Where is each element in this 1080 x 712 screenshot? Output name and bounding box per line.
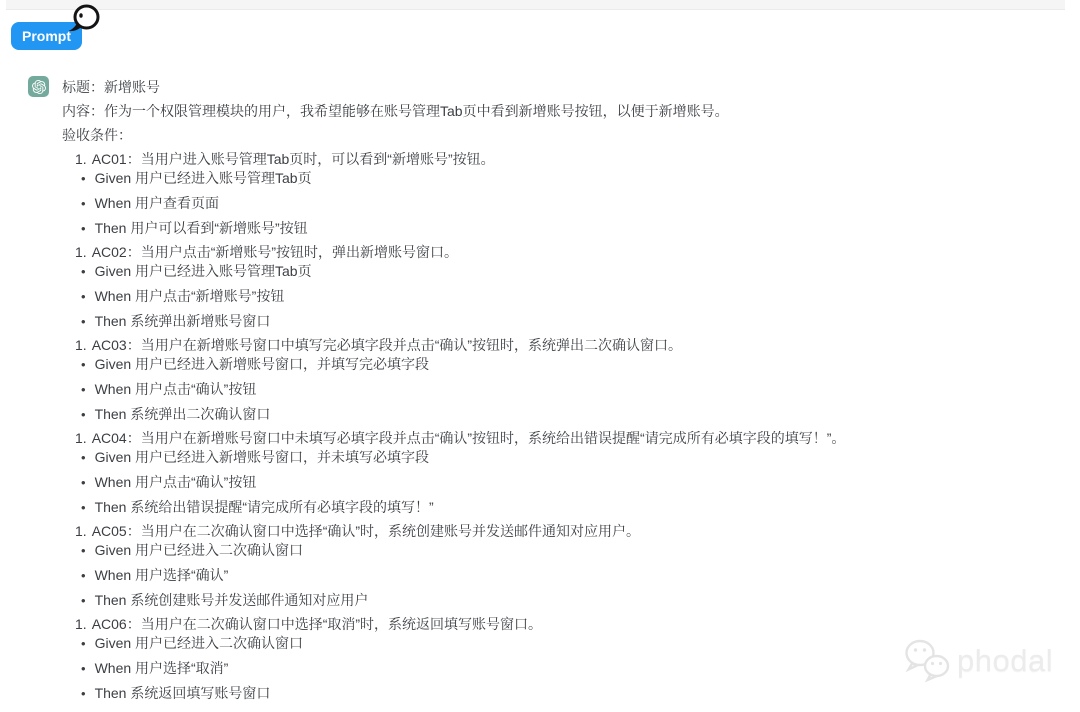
ac-number: 1. xyxy=(75,616,87,632)
gwt-bullet: •Given 用户已经进入账号管理Tab页 xyxy=(62,262,1052,281)
gwt-bullet: •Then 系统弹出二次确认窗口 xyxy=(62,405,1052,424)
bullet-text: When 用户点击“确认”按钮 xyxy=(95,474,257,490)
gwt-bullet: •Then 系统给出错误提醒“请完成所有必填字段的填写！” xyxy=(62,498,1052,517)
bullet-text: Given 用户已经进入新增账号窗口，并未填写必填字段 xyxy=(95,449,429,465)
ac-number: 1. xyxy=(75,244,87,260)
ac-title: 1.AC05：当用户在二次确认窗口中选择“确认”时，系统创建账号并发送邮件通知对… xyxy=(62,522,1052,541)
bullet-dot-icon: • xyxy=(81,196,86,211)
bullet-text: Given 用户已经进入账号管理Tab页 xyxy=(95,170,312,186)
gwt-bullet: •Then 系统弹出新增账号窗口 xyxy=(62,312,1052,331)
bullet-dot-icon: • xyxy=(81,407,86,422)
gwt-bullet: •When 用户点击“新增账号”按钮 xyxy=(62,287,1052,306)
ac-block: 1.AC02：当用户点击“新增账号”按钮时，弹出新增账号窗口。•Given 用户… xyxy=(62,243,1052,331)
ac-block: 1.AC04：当用户在新增账号窗口中未填写必填字段并点击“确认”按钮时，系统给出… xyxy=(62,429,1052,517)
ac-number: 1. xyxy=(75,151,87,167)
bullet-dot-icon: • xyxy=(81,171,86,186)
gwt-bullet: •When 用户点击“确认”按钮 xyxy=(62,380,1052,399)
gwt-bullet: •Then 系统返回填写账号窗口 xyxy=(62,684,1052,703)
gwt-bullet: •Given 用户已经进入二次确认窗口 xyxy=(62,541,1052,560)
gwt-bullet: •Then 系统创建账号并发送邮件通知对应用户 xyxy=(62,591,1052,610)
ac-number: 1. xyxy=(75,337,87,353)
bullet-dot-icon: • xyxy=(81,475,86,490)
bullet-dot-icon: • xyxy=(81,500,86,515)
gwt-bullet: •When 用户查看页面 xyxy=(62,194,1052,213)
paragraph: 内容：作为一个权限管理模块的用户，我希望能够在账号管理Tab页中看到新增账号按钮… xyxy=(62,102,1052,121)
bullet-text: Given 用户已经进入二次确认窗口 xyxy=(95,542,303,558)
bullet-dot-icon: • xyxy=(81,661,86,676)
bullet-dot-icon: • xyxy=(81,568,86,583)
watermark: phodal xyxy=(901,637,1053,685)
bullet-dot-icon: • xyxy=(81,593,86,608)
bullet-text: When 用户查看页面 xyxy=(95,195,219,211)
bullet-text: Then 系统给出错误提醒“请完成所有必填字段的填写！” xyxy=(95,499,434,515)
speech-bubble-icon xyxy=(65,2,102,37)
bullet-text: Then 用户可以看到“新增账号”按钮 xyxy=(95,220,308,236)
ac-title-text: AC04：当用户在新增账号窗口中未填写必填字段并点击“确认”按钮时，系统给出错误… xyxy=(92,430,846,446)
chatgpt-avatar xyxy=(28,76,49,97)
bullet-dot-icon: • xyxy=(81,314,86,329)
bullet-text: Then 系统返回填写账号窗口 xyxy=(95,685,271,701)
bullet-dot-icon: • xyxy=(81,450,86,465)
bullet-text: When 用户选择“确认” xyxy=(95,567,229,583)
gwt-bullet: •Given 用户已经进入新增账号窗口，并填写完必填字段 xyxy=(62,355,1052,374)
ac-title-text: AC06：当用户在二次确认窗口中选择“取消”时，系统返回填写账号窗口。 xyxy=(92,616,542,632)
ac-number: 1. xyxy=(75,523,87,539)
bullet-dot-icon: • xyxy=(81,382,86,397)
bullet-dot-icon: • xyxy=(81,264,86,279)
bullet-dot-icon: • xyxy=(81,357,86,372)
assistant-message: 标题：新增账号内容：作为一个权限管理模块的用户，我希望能够在账号管理Tab页中看… xyxy=(28,76,1052,703)
bullet-text: When 用户点击“确认”按钮 xyxy=(95,381,257,397)
ac-title: 1.AC01：当用户进入账号管理Tab页时，可以看到“新增账号”按钮。 xyxy=(62,150,1052,169)
bullet-dot-icon: • xyxy=(81,636,86,651)
ac-title: 1.AC04：当用户在新增账号窗口中未填写必填字段并点击“确认”按钮时，系统给出… xyxy=(62,429,1052,448)
bullet-dot-icon: • xyxy=(81,289,86,304)
ac-title: 1.AC02：当用户点击“新增账号”按钮时，弹出新增账号窗口。 xyxy=(62,243,1052,262)
wechat-logo-icon xyxy=(901,637,953,685)
bullet-text: Given 用户已经进入二次确认窗口 xyxy=(95,635,303,651)
ac-title-text: AC03：当用户在新增账号窗口中填写完必填字段并点击“确认”按钮时，系统弹出二次… xyxy=(92,337,682,353)
ac-title-text: AC01：当用户进入账号管理Tab页时，可以看到“新增账号”按钮。 xyxy=(92,151,495,167)
paragraph: 验收条件： xyxy=(62,126,1052,145)
ac-block: 1.AC05：当用户在二次确认窗口中选择“确认”时，系统创建账号并发送邮件通知对… xyxy=(62,522,1052,610)
gwt-bullet: •When 用户选择“确认” xyxy=(62,566,1052,585)
ac-title: 1.AC06：当用户在二次确认窗口中选择“取消”时，系统返回填写账号窗口。 xyxy=(62,615,1052,634)
bullet-text: Given 用户已经进入新增账号窗口，并填写完必填字段 xyxy=(95,356,429,372)
gwt-bullet: •Then 用户可以看到“新增账号”按钮 xyxy=(62,219,1052,238)
top-bar xyxy=(6,0,1065,10)
watermark-text: phodal xyxy=(957,643,1053,679)
chatgpt-logo-icon xyxy=(32,80,46,94)
paragraph: 标题：新增账号 xyxy=(62,78,1052,97)
ac-title: 1.AC03：当用户在新增账号窗口中填写完必填字段并点击“确认”按钮时，系统弹出… xyxy=(62,336,1052,355)
bullet-text: When 用户点击“新增账号”按钮 xyxy=(95,288,285,304)
bullet-text: Given 用户已经进入账号管理Tab页 xyxy=(95,263,312,279)
bullet-dot-icon: • xyxy=(81,221,86,236)
ac-title-text: AC05：当用户在二次确认窗口中选择“确认”时，系统创建账号并发送邮件通知对应用… xyxy=(92,523,640,539)
bullet-text: When 用户选择“取消” xyxy=(95,660,229,676)
bullet-text: Then 系统弹出新增账号窗口 xyxy=(95,313,271,329)
gwt-bullet: •When 用户点击“确认”按钮 xyxy=(62,473,1052,492)
ac-number: 1. xyxy=(75,430,87,446)
bullet-dot-icon: • xyxy=(81,543,86,558)
bullet-text: Then 系统弹出二次确认窗口 xyxy=(95,406,271,422)
gwt-bullet: •Given 用户已经进入新增账号窗口，并未填写必填字段 xyxy=(62,448,1052,467)
ac-block: 1.AC03：当用户在新增账号窗口中填写完必填字段并点击“确认”按钮时，系统弹出… xyxy=(62,336,1052,424)
ac-block: 1.AC01：当用户进入账号管理Tab页时，可以看到“新增账号”按钮。•Give… xyxy=(62,150,1052,238)
bullet-text: Then 系统创建账号并发送邮件通知对应用户 xyxy=(95,592,369,608)
gwt-bullet: •Given 用户已经进入账号管理Tab页 xyxy=(62,169,1052,188)
ac-title-text: AC02：当用户点击“新增账号”按钮时，弹出新增账号窗口。 xyxy=(92,244,458,260)
bullet-dot-icon: • xyxy=(81,686,86,701)
message-content: 标题：新增账号内容：作为一个权限管理模块的用户，我希望能够在账号管理Tab页中看… xyxy=(62,76,1052,703)
